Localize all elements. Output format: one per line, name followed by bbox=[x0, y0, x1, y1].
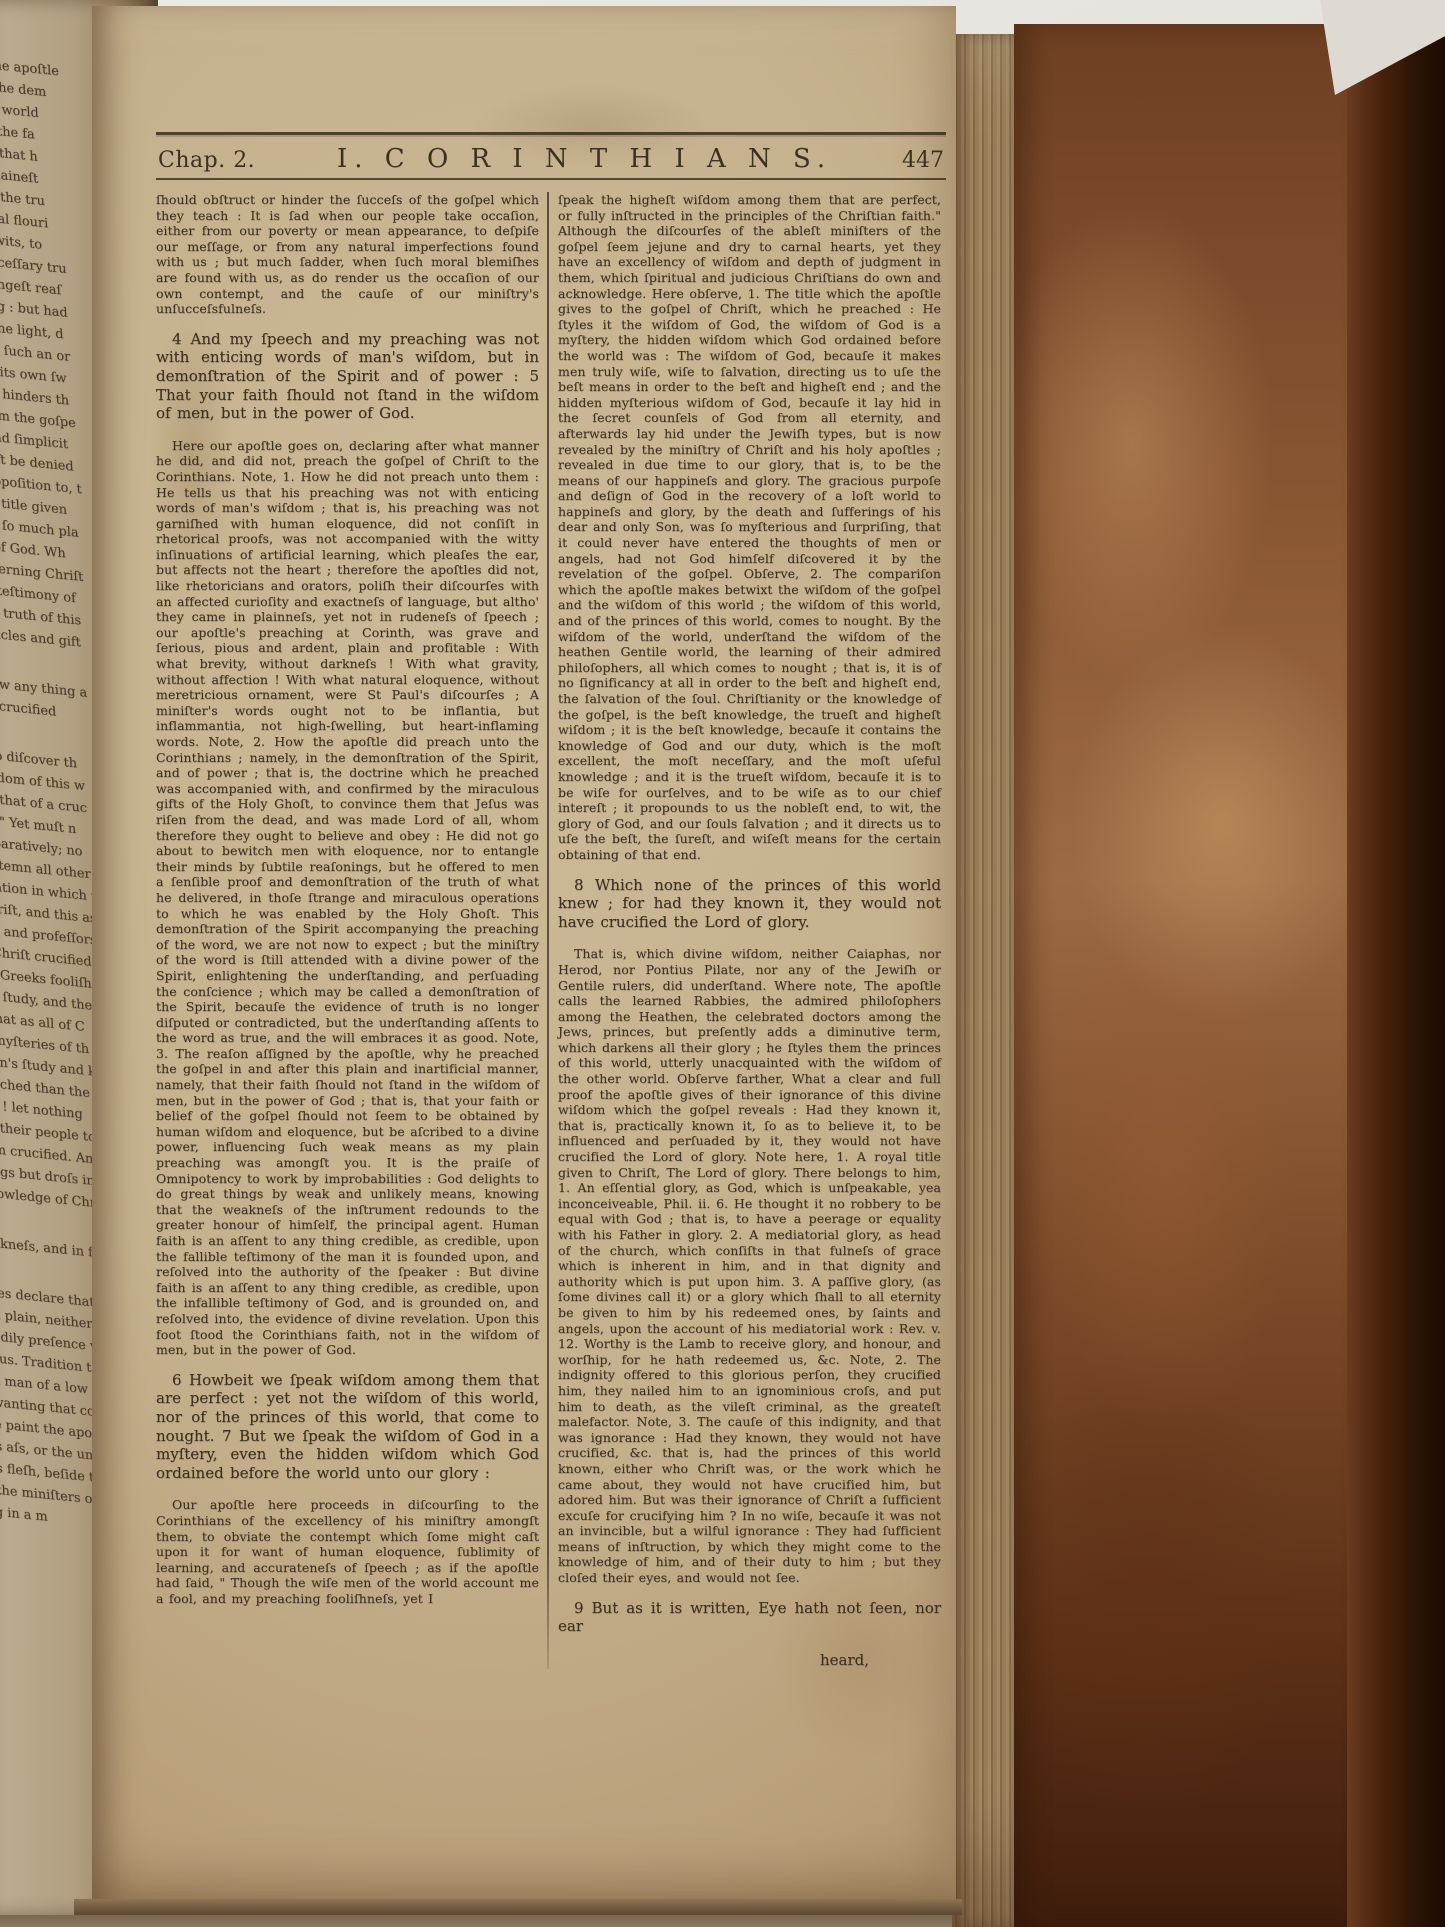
printed-text-area: Chap. 2. I. C O R I N T H I A N S. 447 ſ… bbox=[156, 132, 946, 1669]
book-spine bbox=[1347, 0, 1445, 1927]
page-header: Chap. 2. I. C O R I N T H I A N S. 447 bbox=[156, 144, 946, 174]
header-rule-bottom bbox=[156, 178, 946, 180]
paragraph: ſhould obſtruct or hinder the ſucceſs of… bbox=[156, 192, 539, 317]
two-column-text: ſhould obſtruct or hinder the ſucceſs of… bbox=[156, 192, 946, 1669]
book-photograph: e foregoing, the apoſtlethe goſpel in th… bbox=[0, 0, 1445, 1927]
paragraph: Here our apoſtle goes on, declaring afte… bbox=[156, 438, 539, 1358]
verse-paragraph: 4 And my ſpeech and my preaching was not… bbox=[156, 330, 539, 423]
left-column: ſhould obſtruct or hinder the ſucceſs of… bbox=[156, 192, 539, 1669]
paragraph: Our apoſtle here proceeds in diſcourſing… bbox=[156, 1497, 539, 1606]
paragraph: ſpeak the higheſt wiſdom among them that… bbox=[558, 192, 941, 863]
header-rule-top bbox=[156, 132, 946, 135]
book-title: I. C O R I N T H I A N S. bbox=[337, 144, 832, 174]
page-edges bbox=[952, 34, 1016, 1927]
page-number: 447 bbox=[902, 148, 944, 173]
column-divider bbox=[547, 192, 549, 1669]
chapter-label: Chap. 2. bbox=[158, 148, 255, 173]
verse-paragraph: 6 Howbeit we ſpeak wiſdom among them tha… bbox=[156, 1371, 539, 1483]
page-bottom-edge bbox=[74, 1899, 962, 1915]
leather-cover bbox=[1014, 24, 1350, 1927]
right-column: ſpeak the higheſt wiſdom among them that… bbox=[558, 192, 941, 1669]
verse-paragraph: 8 Which none of the princes of this worl… bbox=[558, 876, 941, 932]
paragraph: That is, which divine wiſdom, neither Ca… bbox=[558, 946, 941, 1585]
book-page: Chap. 2. I. C O R I N T H I A N S. 447 ſ… bbox=[92, 6, 956, 1901]
catchword: heard, bbox=[558, 1651, 941, 1669]
verse-paragraph: 9 But as it is written, Eye hath not ſee… bbox=[558, 1599, 941, 1636]
